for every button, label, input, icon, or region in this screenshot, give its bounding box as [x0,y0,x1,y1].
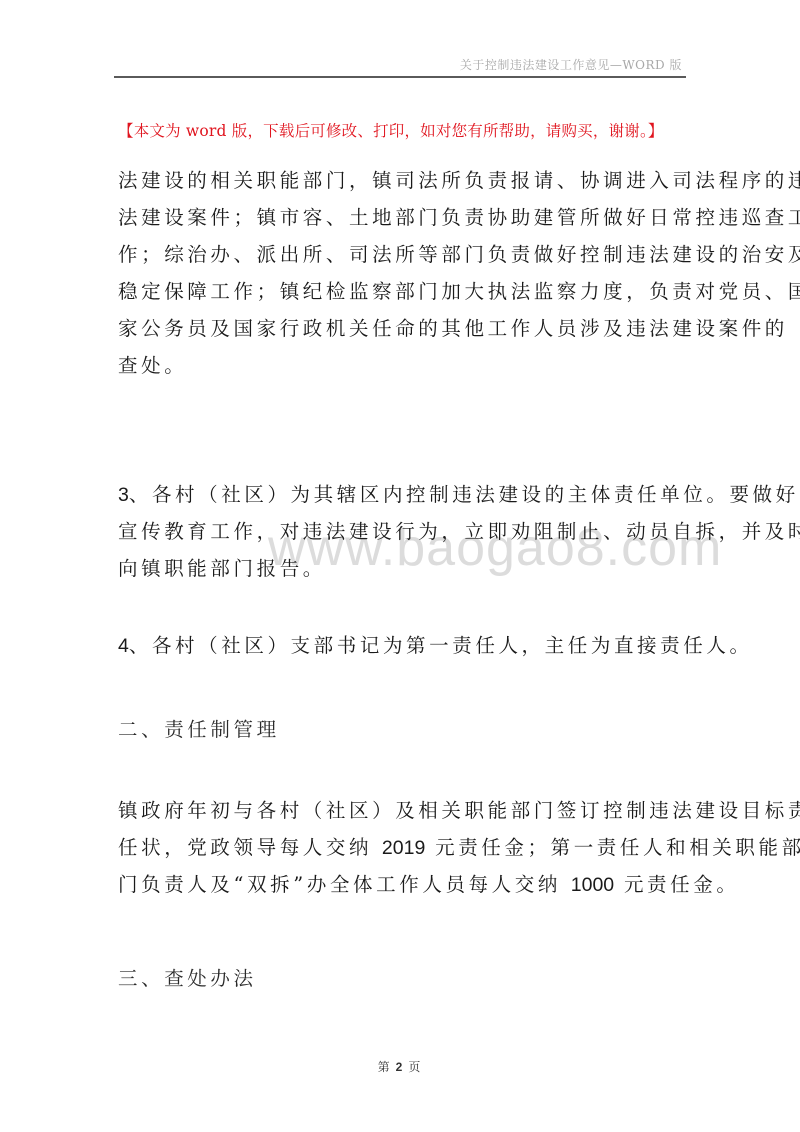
text-line: 向镇职能部门报告。 [118,550,688,587]
paragraph-responsibilities: 法建设的相关职能部门，镇司法所负责报请、协调进入司法程序的违 法建设案件；镇市容… [118,162,688,384]
text-line: 稳定保障工作；镇纪检监察部门加大执法监察力度，负责对党员、国 [118,273,688,310]
text-line: 门负责人及“双拆”办全体工作人员每人交纳 1000 元责任金。 [118,866,688,903]
text-line: 家公务员及国家行政机关任命的其他工作人员涉及违法建设案件的 [118,310,688,347]
text-line: 4、各村（社区）支部书记为第一责任人，主任为直接责任人。 [118,627,688,664]
paragraph-item-3: 3、各村（社区）为其辖区内控制违法建设的主体责任单位。要做好 宣传教育工作，对违… [118,476,688,587]
document-title: 关于控制违法建设工作意见—WORD 版 [460,56,682,73]
page-prefix: 第 [378,1060,392,1074]
amount-value: 1000 [571,874,614,896]
text-line: 查处。 [118,347,688,384]
download-notice: 【本文为 word 版，下载后可修改、打印，如对您有所帮助，请购买，谢谢。】 [118,119,688,141]
section-heading-handling-methods: 三、查处办法 [118,963,257,991]
text-line: 镇政府年初与各村（社区）及相关职能部门签订控制违法建设目标责 [118,792,688,829]
page-suffix: 页 [408,1060,422,1074]
text-line: 法建设的相关职能部门，镇司法所负责报请、协调进入司法程序的违 [118,162,688,199]
page-number: 2 [396,1060,405,1074]
item-number: 3 [118,484,129,506]
paragraph-responsibility-deposit: 镇政府年初与各村（社区）及相关职能部门签订控制违法建设目标责 任状，党政领导每人… [118,792,688,903]
text-line: 作；综治办、派出所、司法所等部门负责做好控制违法建设的治安及 [118,236,688,273]
text-line: 任状，党政领导每人交纳 2019 元责任金；第一责任人和相关职能部 [118,829,688,866]
text-line: 3、各村（社区）为其辖区内控制违法建设的主体责任单位。要做好 [118,476,688,513]
page-header: 关于控制违法建设工作意见—WORD 版 [114,54,686,78]
page-footer: 第2页 [0,1058,800,1075]
text-line: 法建设案件；镇市容、土地部门负责协助建管所做好日常控违巡查工 [118,199,688,236]
item-number: 4 [118,635,129,657]
section-heading-responsibility-management: 二、责任制管理 [118,714,280,742]
text-line: 宣传教育工作，对违法建设行为，立即劝阻制止、动员自拆，并及时 [118,513,688,550]
paragraph-item-4: 4、各村（社区）支部书记为第一责任人，主任为直接责任人。 [118,627,688,664]
amount-value: 2019 [382,837,425,859]
